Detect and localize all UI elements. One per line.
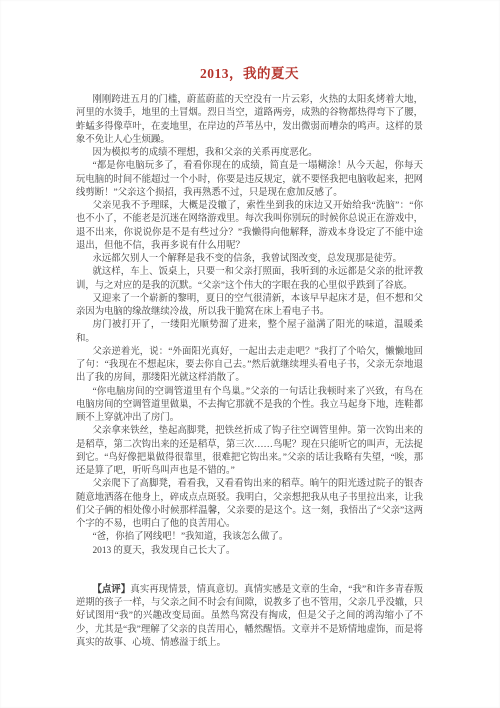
document-page: 2013，我的夏天 刚刚跨进五月的门槛，蔚蓝蔚蓝的天空没有一片云彩，火热的太阳炙…: [0, 0, 500, 708]
essay-paragraph: 就这样，车上、饭桌上，只要一和父亲打照面，我听到的永远都是父亲的批评教训，与之对…: [76, 266, 423, 293]
essay-paragraph: 父亲爬下了高脚凳，看看我，又看看钩出来的稻草。晌午的阳光透过院子的银杏随意地洒落…: [76, 478, 423, 531]
essay-paragraph: 父亲见我不予理睬，大概是没辙了，索性坐到我的床边又开始给我“洗脑”：“你也不小了…: [76, 200, 423, 253]
essay-paragraph: 又迎来了一个崭新的黎明，夏日的空气很清新，本该早早起床才是，但不想和父亲因为电脑…: [76, 293, 423, 320]
essay-paragraph: 因为模拟考的成绩不理想，我和父亲的关系再度恶化。: [76, 147, 423, 160]
essay-paragraph: 刚刚跨进五月的门槛，蔚蓝蔚蓝的天空没有一片云彩，火热的太阳炙烤着大地，河里的水烫…: [76, 94, 423, 147]
essay-paragraph: 永远都欠别人一个解释是我不变的信条，我曾试图改变，总发现那是徒劳。: [76, 253, 423, 266]
essay-paragraph: “爸，你掐了网线吧！”我知道，我该怎么做了。: [76, 531, 423, 544]
review-comment: 【点评】真实再现情景，情真意切。真情实感是文章的生命，“我”和许多青春叛逆期的孩…: [76, 584, 423, 650]
essay-paragraph: 父亲拿来铁丝，垫起高脚凳，把铁丝折成了钩子往空调管里伸。第一次钩出来的是稻草，第…: [76, 425, 423, 478]
essay-paragraph: “都是你电脑玩多了，看看你现在的成绩，简直是一塌糊涂！从今天起，你每天玩电脑的时…: [76, 160, 423, 200]
review-comment-label: 【点评】: [92, 585, 130, 595]
essay-paragraph: 房门被打开了，一缕阳光顺势溜了进来，整个屋子溢满了阳光的味道，温暖柔和。: [76, 319, 423, 346]
essay-paragraph: 父亲逆着光，说：“外面阳光真好，一起出去走走吧？”我打了个哈欠，懒懒地回了句：“…: [76, 346, 423, 386]
essay-title: 2013，我的夏天: [76, 62, 423, 82]
essay-paragraph: “你电脑房间的空调管道里有个鸟巢。”父亲的一句话让我顿时来了兴致，有鸟在电脑房间…: [76, 386, 423, 426]
essay-paragraph: 2013 的夏天，我发现自己长大了。: [76, 545, 423, 558]
